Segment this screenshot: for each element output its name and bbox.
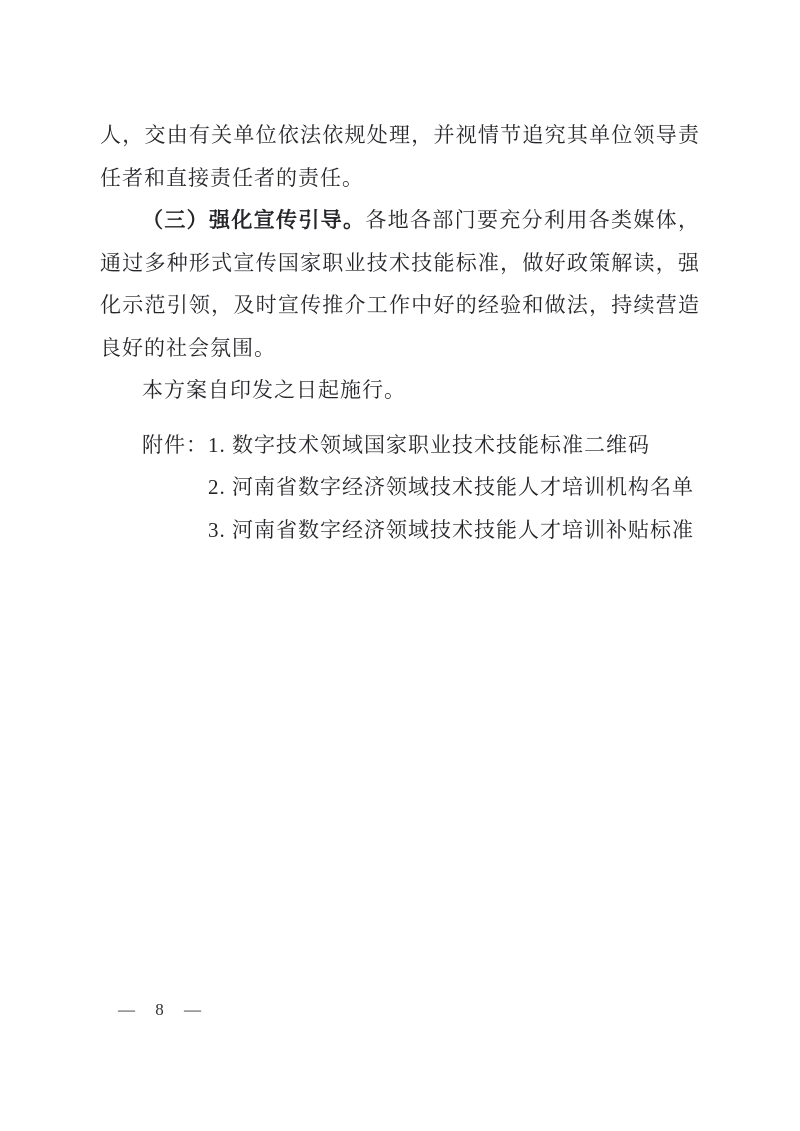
attachment-item-2: 2. 河南省数字经济领域技术技能人才培训机构名单 (208, 466, 700, 509)
attachments-label: 附件： (142, 424, 208, 467)
document-body: 人，交由有关单位依法依规处理，并视情节追究其单位领导责任者和直接责任者的责任。 … (100, 114, 700, 551)
paragraph-implementation: 本方案自印发之日起施行。 (100, 369, 700, 412)
attachments-block: 附件： 1. 数字技术领域国家职业技术技能标准二维码 2. 河南省数字经济领域技… (100, 424, 700, 552)
paragraph-continuation: 人，交由有关单位依法依规处理，并视情节追究其单位领导责任者和直接责任者的责任。 (100, 114, 700, 199)
attachments-list: 1. 数字技术领域国家职业技术技能标准二维码 2. 河南省数字经济领域技术技能人… (208, 424, 700, 552)
attachment-item-1: 1. 数字技术领域国家职业技术技能标准二维码 (208, 424, 700, 467)
paragraph-section-3: （三）强化宣传引导。各地各部门要充分利用各类媒体，通过多种形式宣传国家职业技术技… (100, 199, 700, 369)
attachment-item-3: 3. 河南省数字经济领域技术技能人才培训补贴标准 (208, 509, 700, 552)
document-page: 人，交由有关单位依法依规处理，并视情节追究其单位领导责任者和直接责任者的责任。 … (0, 0, 800, 1131)
section-3-heading: （三）强化宣传引导。 (142, 208, 365, 232)
page-number: — 8 — (118, 1000, 209, 1020)
